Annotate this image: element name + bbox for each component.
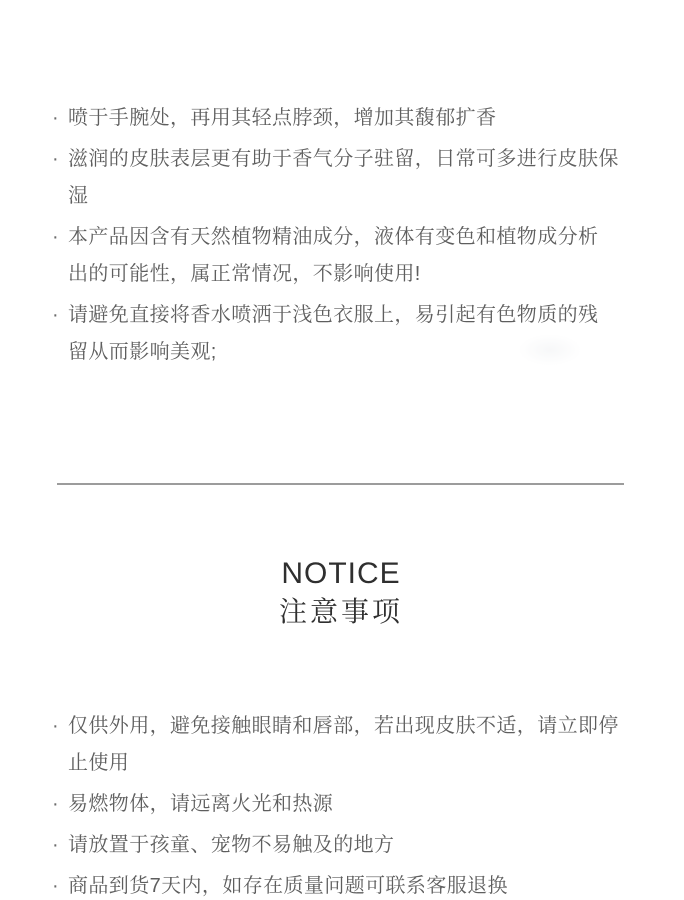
notice-title-en: NOTICE (52, 556, 630, 592)
notice-item-text: 商品到货7天内，如存在质量问题可联系客服退换 (68, 868, 630, 900)
notice-item-text: 易燃物体，请远离火光和热源 (68, 786, 630, 823)
notice-item: · 易燃物体，请远离火光和热源 (52, 786, 630, 823)
bullet-dot: · (52, 297, 68, 334)
usage-tip-item: · 请避免直接将香水喷洒于浅色衣服上，易引起有色物质的残 留从而影响美观; (52, 297, 630, 371)
notice-item: · 请放置于孩童、宠物不易触及的地方 (52, 827, 630, 864)
notice-item-text: 请放置于孩童、宠物不易触及的地方 (68, 827, 630, 864)
usage-tip-item: · 本产品因含有天然植物精油成分，液体有变色和植物成分析 出的可能性，属正常情况… (52, 219, 630, 293)
usage-tip-item: · 滋润的皮肤表层更有助于香气分子驻留，日常可多进行皮肤保湿 (52, 141, 630, 215)
bullet-dot: · (52, 219, 68, 256)
usage-tip-text: 本产品因含有天然植物精油成分，液体有变色和植物成分析 出的可能性，属正常情况，不… (68, 219, 630, 293)
notice-item: · 仅供外用，避免接触眼睛和唇部，若出现皮肤不适，请立即停 止使用 (52, 708, 630, 782)
bullet-dot: · (52, 868, 68, 900)
usage-tip-text: 喷于手腕处，再用其轻点脖颈，增加其馥郁扩香 (68, 100, 630, 137)
notice-title-cn: 注意事项 (52, 592, 630, 632)
section-divider (57, 483, 624, 485)
bullet-dot: · (52, 786, 68, 823)
usage-tips-list: · 喷于手腕处，再用其轻点脖颈，增加其馥郁扩香 · 滋润的皮肤表层更有助于香气分… (52, 100, 630, 371)
bullet-dot: · (52, 827, 68, 864)
notice-item: · 商品到货7天内，如存在质量问题可联系客服退换 (52, 868, 630, 900)
usage-tip-text: 请避免直接将香水喷洒于浅色衣服上，易引起有色物质的残 留从而影响美观; (68, 297, 630, 371)
bullet-dot: · (52, 141, 68, 178)
bullet-dot: · (52, 100, 68, 137)
product-description-panel: · 喷于手腕处，再用其轻点脖颈，增加其馥郁扩香 · 滋润的皮肤表层更有助于香气分… (0, 0, 684, 900)
notice-heading: NOTICE 注意事项 (52, 556, 630, 632)
notice-item-text: 仅供外用，避免接触眼睛和唇部，若出现皮肤不适，请立即停 止使用 (68, 708, 630, 782)
usage-tip-item: · 喷于手腕处，再用其轻点脖颈，增加其馥郁扩香 (52, 100, 630, 137)
usage-tip-text: 滋润的皮肤表层更有助于香气分子驻留，日常可多进行皮肤保湿 (68, 141, 630, 215)
notice-list: · 仅供外用，避免接触眼睛和唇部，若出现皮肤不适，请立即停 止使用 · 易燃物体… (52, 708, 630, 900)
bullet-dot: · (52, 708, 68, 745)
